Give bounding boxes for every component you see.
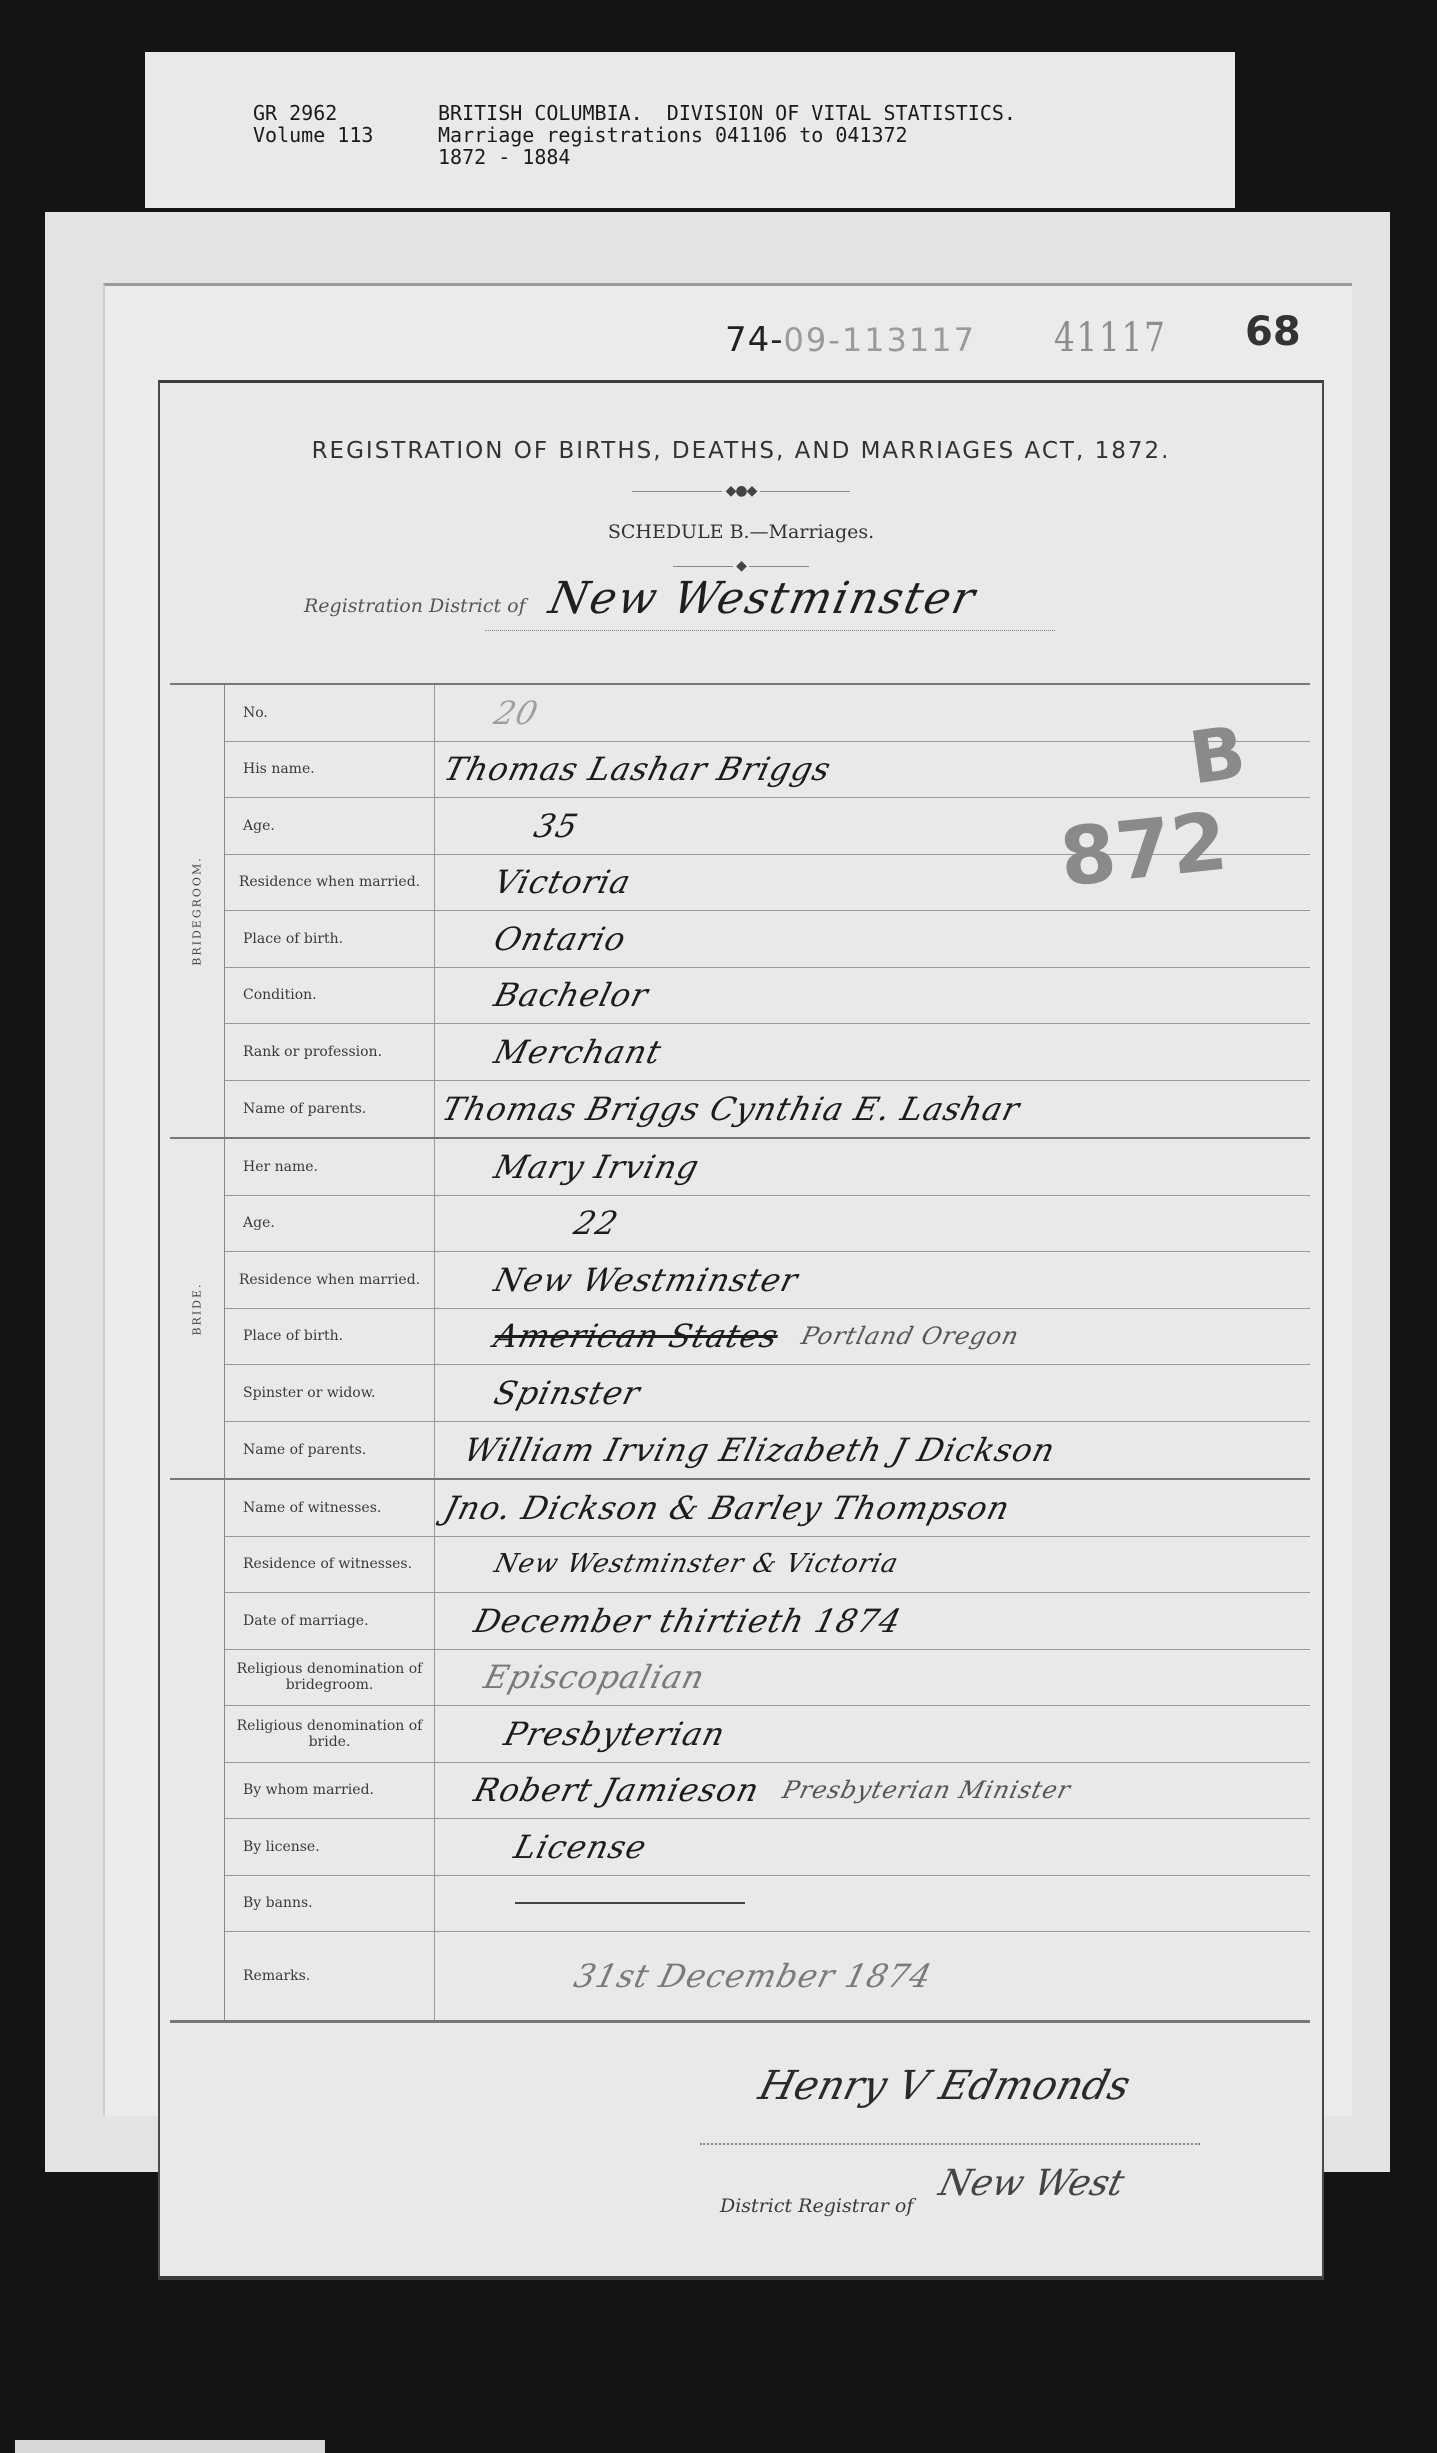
row-label: Residence when married.	[225, 855, 435, 911]
table-row: Spinster or widow.Spinster	[225, 1365, 1310, 1422]
row-annotation: Presbyterian Minister	[779, 1776, 1073, 1804]
ornament-divider-icon: ◆	[160, 558, 1322, 574]
registrar-signature: Henry V Edmonds	[754, 2063, 1135, 2109]
row-value: December thirtieth 1874	[470, 1602, 905, 1640]
row-value: New Westminster	[490, 1261, 802, 1299]
table-row: Rank or profession.Merchant	[225, 1024, 1310, 1081]
table-row: Date of marriage.December thirtieth 1874	[225, 1593, 1310, 1650]
row-label: Age.	[225, 798, 435, 854]
row-label: Place of birth.	[225, 1309, 435, 1365]
row-value: Merchant	[490, 1033, 666, 1071]
table-row: Name of parents.William Irving Elizabeth…	[225, 1422, 1310, 1479]
archive-volume: Volume 113	[253, 124, 438, 146]
row-label: Condition.	[225, 968, 435, 1024]
pencil-note: 872	[1056, 795, 1232, 905]
ref-stamp-number: 41117	[1054, 315, 1167, 361]
row-value: Robert Jamieson	[470, 1771, 763, 1809]
act-title: REGISTRATION OF BIRTHS, DEATHS, AND MARR…	[160, 438, 1322, 464]
row-value: New Westminster & Victoria	[491, 1549, 901, 1579]
table-row: By whom married.Robert JamiesonPresbyter…	[225, 1763, 1310, 1820]
row-value: Thomas Briggs Cynthia E. Lashar	[438, 1090, 1024, 1128]
table-row: Age.22	[225, 1196, 1310, 1253]
row-label: Remarks.	[225, 1932, 435, 2020]
district-underline	[485, 630, 1055, 631]
row-annotation: Portland Oregon	[798, 1322, 1022, 1350]
section-label: BRIDEGROOM.	[191, 856, 204, 965]
row-label: Her name.	[225, 1139, 435, 1195]
row-label: Residence when married.	[225, 1252, 435, 1308]
archive-title: BRITISH COLUMBIA. DIVISION OF VITAL STAT…	[438, 102, 1016, 124]
row-label: Place of birth.	[225, 911, 435, 967]
row-label: No.	[225, 685, 435, 741]
row-label: Date of marriage.	[225, 1593, 435, 1649]
table-row: Her name.Mary Irving	[225, 1139, 1310, 1196]
row-value: License	[510, 1828, 651, 1866]
banns-blank-line	[515, 1902, 745, 1904]
row-value: Bachelor	[490, 976, 652, 1014]
table-row: No.20	[225, 685, 1310, 742]
table-row: Residence of witnesses.New Westminster &…	[225, 1537, 1310, 1594]
ornament-divider-icon: ◆●◆	[160, 483, 1322, 499]
row-label: Age.	[225, 1196, 435, 1252]
table-row: Place of birth.American StatesPortland O…	[225, 1309, 1310, 1366]
section-label: BRIDE.	[191, 1282, 204, 1335]
district-label: Registration District of	[304, 595, 526, 617]
row-value: Ontario	[490, 920, 630, 958]
page-number: 68	[1245, 309, 1301, 355]
table-row: Condition.Bachelor	[225, 968, 1310, 1025]
row-value: Thomas Lashar Briggs	[440, 750, 835, 788]
archive-years: 1872 - 1884	[438, 146, 1016, 168]
row-label: Name of parents.	[225, 1422, 435, 1479]
archive-label: GR 2962 BRITISH COLUMBIA. DIVISION OF VI…	[145, 52, 1235, 208]
table-row: Place of birth.Ontario	[225, 911, 1310, 968]
row-label: Spinster or widow.	[225, 1365, 435, 1421]
row-value: William Irving Elizabeth J Dickson	[460, 1431, 1059, 1469]
row-value: Victoria	[490, 863, 635, 901]
section-marriage-details: Name of witnesses.Jno. Dickson & Barley …	[170, 1478, 1310, 2023]
table-row: Religious denomination of bridegroom.Epi…	[225, 1650, 1310, 1707]
row-label: Residence of witnesses.	[225, 1537, 435, 1593]
row-value: 22	[570, 1204, 622, 1242]
section-bride: BRIDE. Her name.Mary Irving Age.22 Resid…	[170, 1137, 1310, 1478]
row-value: Episcopalian	[480, 1658, 709, 1696]
schedule-title: SCHEDULE B.—Marriages.	[160, 521, 1322, 543]
table-row: Name of witnesses.Jno. Dickson & Barley …	[225, 1480, 1310, 1537]
row-label: Name of parents.	[225, 1081, 435, 1138]
archive-blank	[253, 146, 438, 168]
row-value: 31st December 1874	[570, 1957, 936, 1995]
row-value: 20	[490, 694, 542, 732]
table-row: Religious denomination of bride.Presbyte…	[225, 1706, 1310, 1763]
signature-line	[700, 2143, 1200, 2145]
row-label: By banns.	[225, 1876, 435, 1932]
table-row: Remarks.31st December 1874	[225, 1932, 1310, 2020]
table-row: By banns.	[225, 1876, 1310, 1933]
table-row: His name.Thomas Lashar Briggs	[225, 742, 1310, 799]
district-value: New Westminster	[545, 573, 981, 624]
reference-numbers: 74- 09-113117 41117 68	[725, 315, 1325, 365]
row-value: 35	[530, 807, 582, 845]
row-value: Mary Irving	[490, 1148, 703, 1186]
row-value: Spinster	[490, 1374, 644, 1412]
row-label: Religious denomination of bride.	[225, 1706, 435, 1762]
table-row: Residence when married.New Westminster	[225, 1252, 1310, 1309]
table-row: By license.License	[225, 1819, 1310, 1876]
registrar-district: New West	[935, 2163, 1129, 2204]
table-row: Name of parents.Thomas Briggs Cynthia E.…	[225, 1081, 1310, 1138]
ref-prefix: 74-	[725, 320, 784, 360]
archive-code: GR 2962	[253, 102, 438, 124]
film-edge	[15, 2440, 325, 2453]
registrar-label: District Registrar of	[720, 2195, 913, 2217]
pencil-note: B	[1184, 710, 1250, 801]
ref-registration-number: 09-113117	[784, 321, 976, 359]
archive-range: Marriage registrations 041106 to 041372	[438, 124, 1016, 146]
row-label: Name of witnesses.	[225, 1480, 435, 1536]
row-label: By license.	[225, 1819, 435, 1875]
row-label: His name.	[225, 742, 435, 798]
row-label: By whom married.	[225, 1763, 435, 1819]
marriage-form: REGISTRATION OF BIRTHS, DEATHS, AND MARR…	[158, 380, 1324, 2280]
row-label: Rank or profession.	[225, 1024, 435, 1080]
row-value: American States	[490, 1317, 782, 1355]
row-label: Religious denomination of bridegroom.	[225, 1650, 435, 1706]
row-value: Presbyterian	[500, 1715, 729, 1753]
section-bridegroom: BRIDEGROOM. No.20 His name.Thomas Lashar…	[170, 683, 1310, 1137]
row-value: Jno. Dickson & Barley Thompson	[440, 1489, 1014, 1527]
